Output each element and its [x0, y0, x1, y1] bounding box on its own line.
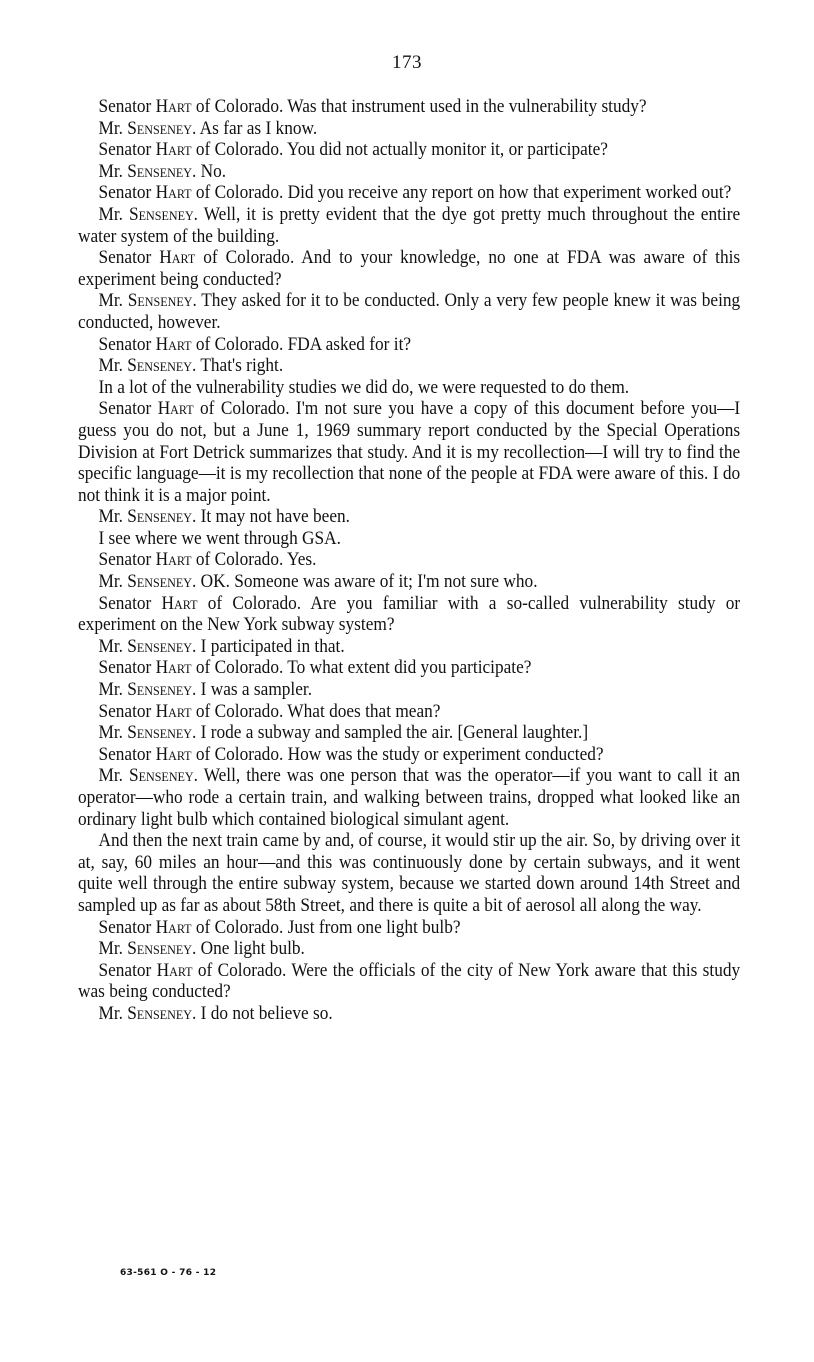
transcript-paragraph: Mr. Senseney. OK. Someone was aware of i… — [78, 571, 740, 593]
transcript-paragraph: Senator Hart of Colorado. You did not ac… — [78, 139, 740, 161]
transcript-paragraph: Mr. Senseney. No. — [78, 161, 740, 183]
speaker-label: Mr. Senseney. — [98, 506, 196, 527]
transcript-paragraph: I see where we went through GSA. — [78, 528, 740, 550]
speaker-label: Mr. Senseney. — [98, 118, 196, 139]
transcript-paragraph: Senator Hart of Colorado. Was that instr… — [78, 96, 740, 118]
transcript-paragraph: Mr. Senseney. I rode a subway and sample… — [78, 722, 740, 744]
paragraph-text: Just from one light bulb? — [283, 917, 460, 938]
speaker-label: Senator Hart of Colorado. — [98, 960, 286, 981]
transcript-paragraph: Senator Hart of Colorado. And to your kn… — [78, 247, 740, 290]
paragraph-text: FDA asked for it? — [283, 334, 411, 355]
speaker-label: Mr. Senseney. — [98, 938, 196, 959]
speaker-label: Mr. Senseney. — [98, 290, 196, 311]
speaker-label: Mr. Senseney. — [98, 204, 198, 225]
paragraph-text: I participated in that. — [196, 636, 344, 657]
paragraph-text: To what extent did you participate? — [283, 657, 531, 678]
paragraph-text: I was a sampler. — [196, 679, 312, 700]
transcript-paragraph: Senator Hart of Colorado. What does that… — [78, 701, 740, 723]
transcript-paragraph: Mr. Senseney. I participated in that. — [78, 636, 740, 658]
transcript-paragraph: Mr. Senseney. It may not have been. — [78, 506, 740, 528]
speaker-label: Senator Hart of Colorado. — [98, 701, 283, 722]
transcript-paragraph: Senator Hart of Colorado. Just from one … — [78, 917, 740, 939]
paragraph-text: And then the next train came by and, of … — [78, 830, 740, 916]
speaker-label: Mr. Senseney. — [98, 765, 198, 786]
paragraph-text: You did not actually monitor it, or part… — [283, 139, 608, 160]
paragraph-text: No. — [196, 161, 226, 182]
paragraph-text: I do not believe so. — [196, 1003, 332, 1024]
paragraph-text: Did you receive any report on how that e… — [283, 182, 731, 203]
speaker-label: Mr. Senseney. — [98, 636, 196, 657]
speaker-label: Senator Hart of Colorado. — [98, 182, 283, 203]
transcript-paragraph: Mr. Senseney. I do not believe so. — [78, 1003, 740, 1025]
speaker-label: Mr. Senseney. — [98, 161, 196, 182]
speaker-label: Senator Hart of Colorado. — [98, 549, 283, 570]
transcript-paragraph: Senator Hart of Colorado. Were the offic… — [78, 960, 740, 1003]
speaker-label: Senator Hart of Colorado. — [98, 247, 294, 268]
paragraph-text: I rode a subway and sampled the air. [Ge… — [196, 722, 588, 743]
speaker-label: Mr. Senseney. — [98, 355, 196, 376]
speaker-label: Senator Hart of Colorado. — [98, 917, 283, 938]
transcript-paragraph: Senator Hart of Colorado. To what extent… — [78, 657, 740, 679]
paragraph-text: Was that instrument used in the vulnerab… — [283, 96, 646, 117]
transcript-paragraph: Senator Hart of Colorado. I'm not sure y… — [78, 398, 740, 506]
paragraph-text: It may not have been. — [196, 506, 350, 527]
page-number: 173 — [0, 52, 814, 74]
paragraph-text: OK. Someone was aware of it; I'm not sur… — [196, 571, 537, 592]
speaker-label: Mr. Senseney. — [98, 679, 196, 700]
transcript-paragraph: And then the next train came by and, of … — [78, 830, 740, 916]
transcript-paragraph: Mr. Senseney. One light bulb. — [78, 938, 740, 960]
speaker-label: Mr. Senseney. — [98, 722, 196, 743]
footer-print-code: 63-561 O - 76 - 12 — [120, 1268, 216, 1278]
transcript-paragraph: Senator Hart of Colorado. Are you famili… — [78, 593, 740, 636]
paragraph-text: As far as I know. — [196, 118, 317, 139]
paragraph-text: That's right. — [196, 355, 283, 376]
paragraph-text: Yes. — [283, 549, 316, 570]
transcript-paragraph: Senator Hart of Colorado. FDA asked for … — [78, 334, 740, 356]
transcript-paragraph: Senator Hart of Colorado. Did you receiv… — [78, 182, 740, 204]
paragraph-text: I see where we went through GSA. — [98, 528, 341, 549]
transcript-paragraph: Senator Hart of Colorado. Yes. — [78, 549, 740, 571]
speaker-label: Mr. Senseney. — [98, 1003, 196, 1024]
transcript-paragraph: In a lot of the vulnerability studies we… — [78, 377, 740, 399]
transcript-paragraph: Senator Hart of Colorado. How was the st… — [78, 744, 740, 766]
speaker-label: Senator Hart of Colorado. — [98, 398, 289, 419]
transcript-paragraph: Mr. Senseney. That's right. — [78, 355, 740, 377]
speaker-label: Senator Hart of Colorado. — [98, 334, 283, 355]
paragraph-text: How was the study or experiment conducte… — [283, 744, 603, 765]
speaker-label: Senator Hart of Colorado. — [98, 593, 301, 614]
speaker-label: Senator Hart of Colorado. — [98, 657, 283, 678]
speaker-label: Senator Hart of Colorado. — [98, 744, 283, 765]
transcript-paragraph: Mr. Senseney. As far as I know. — [78, 118, 740, 140]
speaker-label: Senator Hart of Colorado. — [98, 96, 283, 117]
paragraph-text: What does that mean? — [283, 701, 440, 722]
paragraph-text: One light bulb. — [196, 938, 305, 959]
transcript-paragraph: Mr. Senseney. I was a sampler. — [78, 679, 740, 701]
speaker-label: Mr. Senseney. — [98, 571, 196, 592]
speaker-label: Senator Hart of Colorado. — [98, 139, 283, 160]
transcript-paragraph: Mr. Senseney. Well, there was one person… — [78, 765, 740, 830]
paragraph-text: In a lot of the vulnerability studies we… — [98, 377, 629, 398]
transcript-body: Senator Hart of Colorado. Was that instr… — [78, 96, 740, 1025]
transcript-paragraph: Mr. Senseney. They asked for it to be co… — [78, 290, 740, 333]
transcript-paragraph: Mr. Senseney. Well, it is pretty evident… — [78, 204, 740, 247]
